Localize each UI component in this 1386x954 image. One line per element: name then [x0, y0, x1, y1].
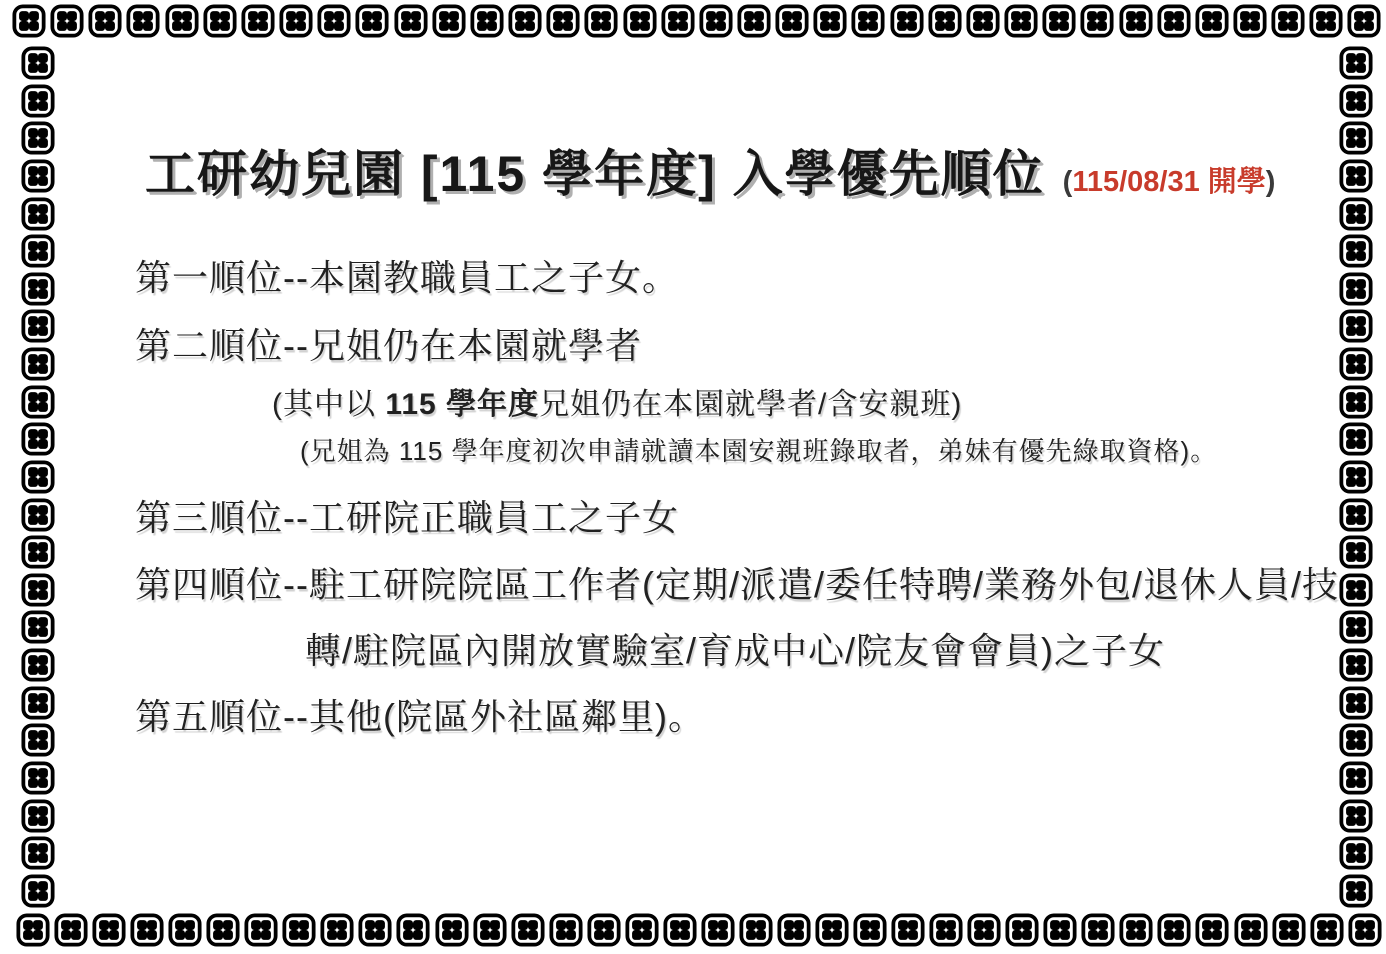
four-petal-flower-icon — [1339, 84, 1373, 118]
four-petal-flower-icon — [1157, 913, 1191, 947]
four-petal-flower-icon — [168, 913, 202, 947]
four-petal-flower-icon — [1348, 913, 1382, 947]
four-petal-flower-icon — [1339, 422, 1373, 456]
four-petal-flower-icon — [967, 913, 1001, 947]
four-petal-flower-icon — [851, 4, 885, 38]
four-petal-flower-icon — [206, 913, 240, 947]
four-petal-flower-icon — [1339, 836, 1373, 870]
four-petal-flower-icon — [813, 4, 847, 38]
four-petal-flower-icon — [1339, 347, 1373, 381]
four-petal-flower-icon — [663, 913, 697, 947]
four-petal-flower-icon — [244, 913, 278, 947]
four-petal-flower-icon — [1309, 4, 1343, 38]
priority-2-note-1-bold-year: 115 學年度 — [385, 388, 539, 421]
four-petal-flower-icon — [1339, 761, 1373, 795]
page-title: 工研幼兒園 [115 學年度] 入學優先順位 (115/08/31 開學) — [145, 134, 1275, 206]
four-petal-flower-icon — [1119, 913, 1153, 947]
four-petal-flower-icon — [16, 913, 50, 947]
four-petal-flower-icon — [12, 4, 46, 38]
four-petal-flower-icon — [282, 913, 316, 947]
four-petal-flower-icon — [50, 4, 84, 38]
four-petal-flower-icon — [661, 4, 695, 38]
four-petal-flower-icon — [21, 573, 55, 607]
four-petal-flower-icon — [21, 159, 55, 193]
four-petal-flower-icon — [279, 4, 313, 38]
four-petal-flower-icon — [320, 913, 354, 947]
four-petal-flower-icon — [21, 723, 55, 757]
four-petal-flower-icon — [1195, 4, 1229, 38]
four-petal-flower-icon — [1339, 272, 1373, 306]
four-petal-flower-icon — [355, 4, 389, 38]
four-petal-flower-icon — [21, 234, 55, 268]
four-petal-flower-icon — [1339, 874, 1373, 908]
four-petal-flower-icon — [699, 4, 733, 38]
four-petal-flower-icon — [203, 4, 237, 38]
four-petal-flower-icon — [1157, 4, 1191, 38]
opening-date-paren-close: ) — [1266, 166, 1276, 198]
four-petal-flower-icon — [1339, 385, 1373, 419]
four-petal-flower-icon — [435, 913, 469, 947]
border-bottom — [16, 913, 1382, 947]
border-left — [21, 46, 55, 908]
four-petal-flower-icon — [890, 4, 924, 38]
four-petal-flower-icon — [891, 913, 925, 947]
four-petal-flower-icon — [777, 913, 811, 947]
four-petal-flower-icon — [241, 4, 275, 38]
four-petal-flower-icon — [546, 4, 580, 38]
four-petal-flower-icon — [1339, 686, 1373, 720]
four-petal-flower-icon — [623, 4, 657, 38]
four-petal-flower-icon — [21, 648, 55, 682]
four-petal-flower-icon — [21, 610, 55, 644]
four-petal-flower-icon — [549, 913, 583, 947]
enrollment-priority-notice: 工研幼兒園 [115 學年度] 入學優先順位 (115/08/31 開學) 第一… — [0, 0, 1386, 954]
priority-4-line-part-2: 轉/駐院區內開放實驗室/育成中心/院友會會員)之子女 — [305, 623, 1165, 674]
four-petal-flower-icon — [929, 913, 963, 947]
four-petal-flower-icon — [21, 498, 55, 532]
four-petal-flower-icon — [587, 913, 621, 947]
opening-date-note: (115/08/31 開學) — [1063, 159, 1276, 200]
four-petal-flower-icon — [1339, 460, 1373, 494]
four-petal-flower-icon — [508, 4, 542, 38]
priority-5-line: 第五順位--其他(院區外社區鄰里)。 — [135, 689, 705, 740]
four-petal-flower-icon — [1339, 121, 1373, 155]
four-petal-flower-icon — [1339, 46, 1373, 80]
priority-4-line-part-1: 第四順位--駐工研院院區工作者(定期/派遣/委任特聘/業務外包/退休人員/技 — [135, 557, 1339, 608]
four-petal-flower-icon — [625, 913, 659, 947]
opening-date-paren-open: ( — [1063, 166, 1073, 198]
four-petal-flower-icon — [966, 4, 1000, 38]
four-petal-flower-icon — [1339, 498, 1373, 532]
priority-2-line: 第二順位--兄姐仍在本園就學者 — [135, 318, 642, 369]
four-petal-flower-icon — [317, 4, 351, 38]
priority-2-note-1-pre: (其中以 — [272, 388, 385, 421]
four-petal-flower-icon — [1195, 913, 1229, 947]
four-petal-flower-icon — [21, 874, 55, 908]
four-petal-flower-icon — [1339, 159, 1373, 193]
four-petal-flower-icon — [21, 272, 55, 306]
four-petal-flower-icon — [21, 46, 55, 80]
four-petal-flower-icon — [1339, 723, 1373, 757]
four-petal-flower-icon — [1339, 535, 1373, 569]
four-petal-flower-icon — [1233, 4, 1267, 38]
four-petal-flower-icon — [1081, 913, 1115, 947]
four-petal-flower-icon — [432, 4, 466, 38]
four-petal-flower-icon — [21, 385, 55, 419]
four-petal-flower-icon — [21, 836, 55, 870]
four-petal-flower-icon — [396, 913, 430, 947]
four-petal-flower-icon — [928, 4, 962, 38]
four-petal-flower-icon — [511, 913, 545, 947]
four-petal-flower-icon — [1272, 913, 1306, 947]
four-petal-flower-icon — [775, 4, 809, 38]
four-petal-flower-icon — [21, 422, 55, 456]
four-petal-flower-icon — [470, 4, 504, 38]
four-petal-flower-icon — [815, 913, 849, 947]
four-petal-flower-icon — [1310, 913, 1344, 947]
four-petal-flower-icon — [1234, 913, 1268, 947]
four-petal-flower-icon — [1339, 309, 1373, 343]
four-petal-flower-icon — [21, 347, 55, 381]
four-petal-flower-icon — [130, 913, 164, 947]
four-petal-flower-icon — [21, 686, 55, 720]
four-petal-flower-icon — [701, 913, 735, 947]
border-top — [12, 4, 1382, 38]
four-petal-flower-icon — [1080, 4, 1114, 38]
four-petal-flower-icon — [853, 913, 887, 947]
four-petal-flower-icon — [737, 4, 771, 38]
four-petal-flower-icon — [1004, 4, 1038, 38]
priority-2-note-1-post: 兄姐仍在本園就學者/含安親班) — [539, 388, 962, 421]
four-petal-flower-icon — [92, 913, 126, 947]
four-petal-flower-icon — [1347, 4, 1381, 38]
four-petal-flower-icon — [1339, 610, 1373, 644]
four-petal-flower-icon — [739, 913, 773, 947]
four-petal-flower-icon — [21, 761, 55, 795]
priority-2-note-2: (兄姐為 115 學年度初次申請就讀本園安親班錄取者，弟妹有優先綠取資格)。 — [300, 431, 1217, 468]
four-petal-flower-icon — [54, 913, 88, 947]
four-petal-flower-icon — [21, 309, 55, 343]
four-petal-flower-icon — [88, 4, 122, 38]
four-petal-flower-icon — [1005, 913, 1039, 947]
four-petal-flower-icon — [1339, 234, 1373, 268]
four-petal-flower-icon — [584, 4, 618, 38]
four-petal-flower-icon — [165, 4, 199, 38]
four-petal-flower-icon — [358, 913, 392, 947]
priority-3-line: 第三順位--工研院正職員工之子女 — [135, 490, 679, 541]
four-petal-flower-icon — [1119, 4, 1153, 38]
four-petal-flower-icon — [21, 197, 55, 231]
four-petal-flower-icon — [394, 4, 428, 38]
priority-2-note-1: (其中以 115 學年度兄姐仍在本園就學者/含安親班) — [272, 379, 962, 423]
four-petal-flower-icon — [473, 913, 507, 947]
four-petal-flower-icon — [1339, 799, 1373, 833]
four-petal-flower-icon — [21, 84, 55, 118]
opening-date-text: 115/08/31 開學 — [1072, 166, 1265, 198]
four-petal-flower-icon — [1339, 573, 1373, 607]
four-petal-flower-icon — [1271, 4, 1305, 38]
four-petal-flower-icon — [1339, 648, 1373, 682]
four-petal-flower-icon — [21, 799, 55, 833]
border-right — [1339, 46, 1373, 908]
four-petal-flower-icon — [1043, 913, 1077, 947]
four-petal-flower-icon — [21, 535, 55, 569]
four-petal-flower-icon — [21, 460, 55, 494]
four-petal-flower-icon — [1042, 4, 1076, 38]
priority-1-line: 第一順位--本園教職員工之子女。 — [135, 250, 679, 301]
four-petal-flower-icon — [21, 121, 55, 155]
four-petal-flower-icon — [126, 4, 160, 38]
four-petal-flower-icon — [1339, 197, 1373, 231]
page-title-text: 工研幼兒園 [115 學年度] 入學優先順位 — [145, 134, 1045, 206]
